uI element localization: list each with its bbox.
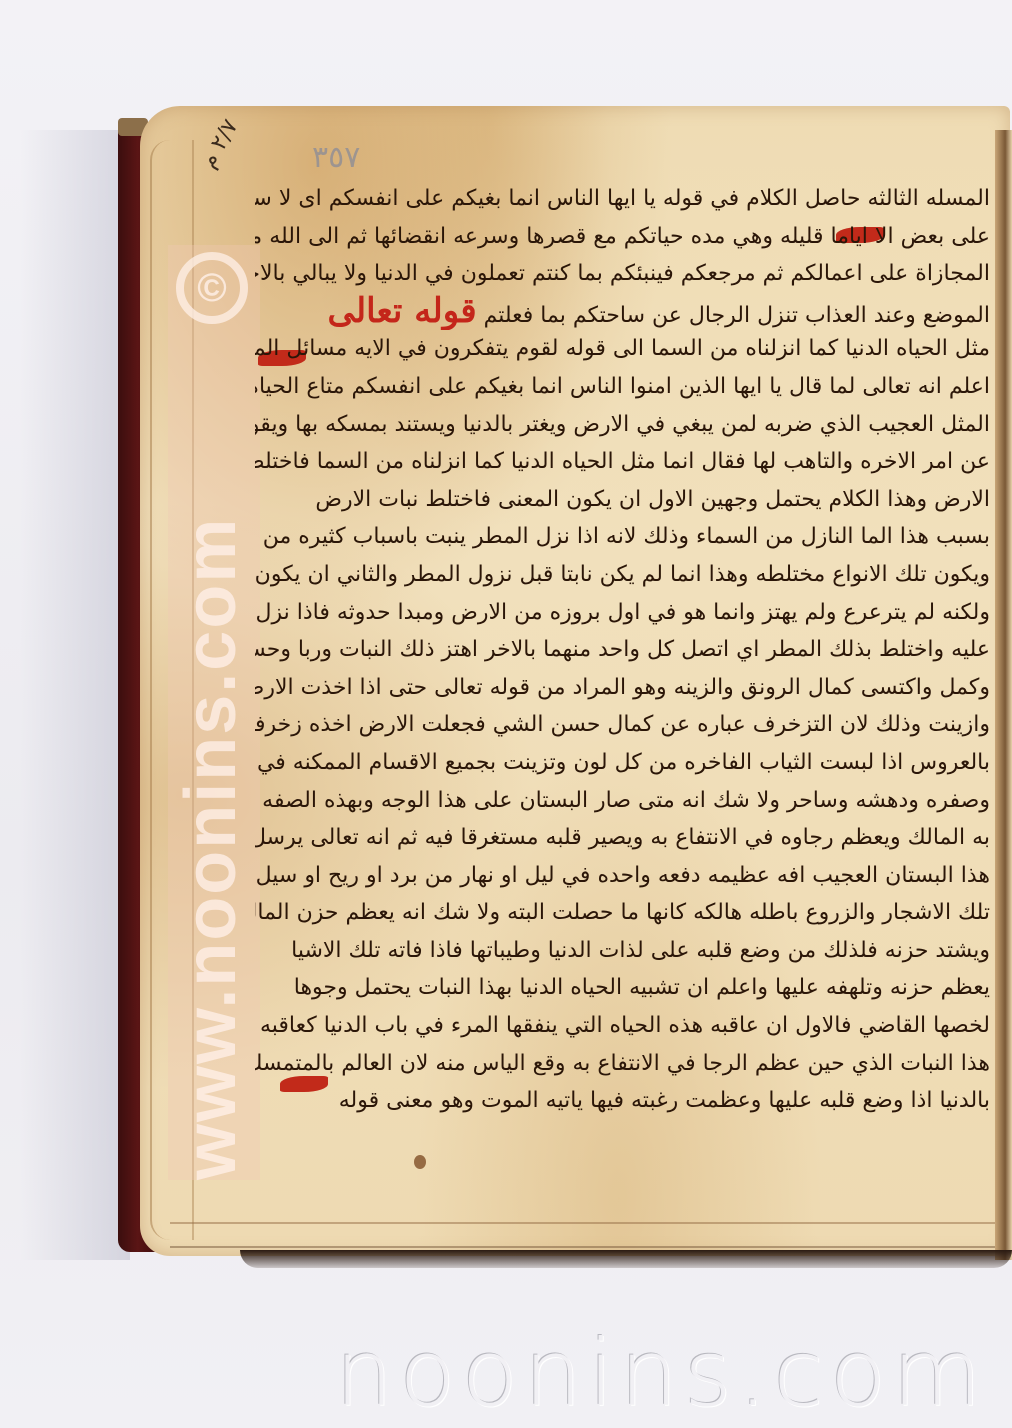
text-line: على بعض الا اياما قليله وهي مده حياتكم م… — [255, 218, 990, 256]
text-line: المجازاة على اعمالكم ثم مرجعكم فينبئكم ب… — [255, 255, 990, 293]
copyright-icon: © — [176, 252, 248, 324]
text-line: هذا البستان العجيب افه عظيمه دفعه واحده … — [255, 857, 990, 895]
text-line: الارض وهذا الكلام يحتمل وجهين الاول ان ي… — [255, 481, 990, 519]
text-line: وصفره ودهشه وساحر ولا شك انه متى صار الب… — [255, 782, 990, 820]
text-line: يعظم حزنه وتلهفه عليها واعلم ان تشبيه ال… — [255, 969, 990, 1007]
ink-stain — [414, 1155, 426, 1169]
text-line: وازينت وذلك لان التزخرف عباره عن كمال حس… — [255, 706, 990, 744]
page-stack-bottom-edge — [170, 1222, 995, 1248]
folio-number: ٣٥٧ — [312, 140, 360, 175]
text-line: به المالك ويعظم رجاوه في الانتفاع به ويص… — [255, 819, 990, 857]
text-line: ولكنه لم يترعرع ولم يهتز وانما هو في اول… — [255, 594, 990, 632]
text-line: اعلم انه تعالى لما قال يا ايها الذين امن… — [255, 368, 990, 406]
watermark-bottom-text: noonins.com — [335, 1320, 975, 1427]
text-line: ويكون تلك الانواع مختلطه وهذا انما لم يك… — [255, 556, 990, 594]
text-line: بسبب هذا الما النازل من السماء وذلك لانه… — [255, 518, 990, 556]
text-line: ويشتد حزنه فلذلك من وضع قلبه على لذات ال… — [255, 932, 990, 970]
rubric-heading: قوله تعالى — [327, 293, 476, 331]
watermark-side-text: www.noonins.com — [170, 517, 252, 1180]
text-line: بالدنيا اذا وضع قلبه عليها وعظمت رغبته ف… — [255, 1082, 990, 1120]
text-line: المسله الثالثه حاصل الكلام في قوله يا اي… — [255, 180, 990, 218]
text-line: مثل الحياه الدنيا كما انزلناه من السما ا… — [255, 330, 990, 368]
text-line: المثل العجيب الذي ضربه لمن يبغي في الارض… — [255, 406, 990, 444]
book-bottom-shadow — [240, 1250, 1012, 1268]
text-line: تلك الاشجار والزروع باطله هالكه كانها ما… — [255, 894, 990, 932]
book-gutter — [995, 130, 1012, 1260]
text-line: هذا النبات الذي حين عظم الرجا في الانتفا… — [255, 1045, 990, 1083]
text-line: عن امر الاخره والتاهب لها فقال انما مثل … — [255, 443, 990, 481]
text-fragment: الموضع وعند العذاب تنزل الرجال عن ساحتكم… — [484, 303, 990, 328]
text-line: وكمل واكتسى كمال الرونق والزينه وهو المر… — [255, 669, 990, 707]
text-line: لخصها القاضي فالاول ان عاقبه هذه الحياه … — [255, 1007, 990, 1045]
manuscript-text: المسله الثالثه حاصل الكلام في قوله يا اي… — [255, 180, 990, 1120]
text-line: عليه واختلط بذلك المطر اي اتصل كل واحد م… — [255, 631, 990, 669]
text-line-with-rubric: الموضع وعند العذاب تنزل الرجال عن ساحتكم… — [255, 293, 990, 331]
text-line: بالعروس اذا لبست الثياب الفاخره من كل لو… — [255, 744, 990, 782]
background-shadow — [20, 130, 130, 1260]
